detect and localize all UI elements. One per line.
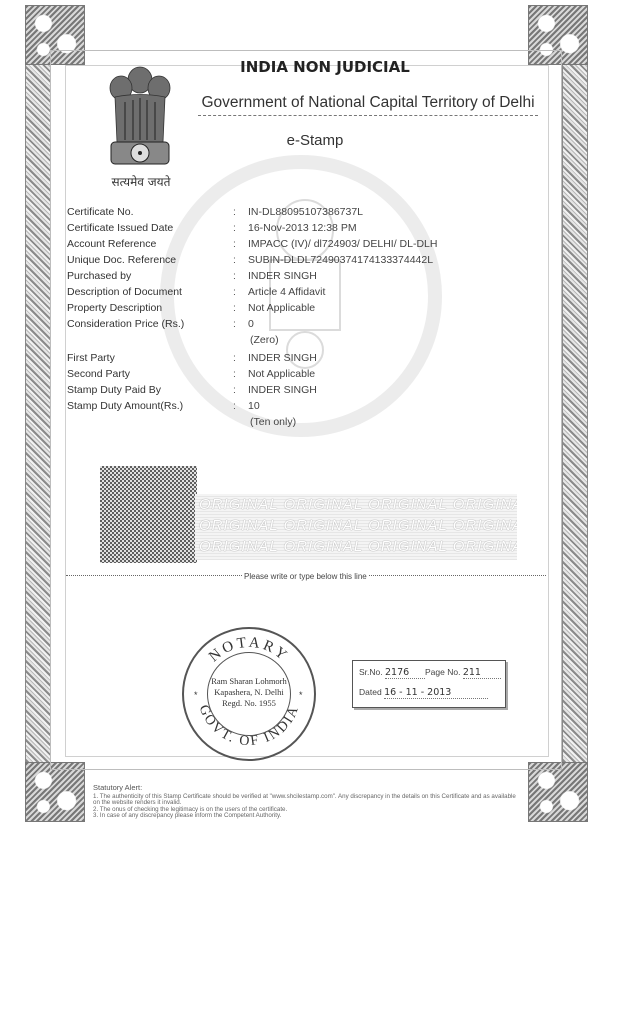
- field-separator: :: [233, 284, 236, 300]
- field-value: INDER SINGH: [248, 268, 317, 284]
- field-account-reference: Account Reference : IMPACC (IV)/ dl72490…: [67, 236, 507, 252]
- field-separator: :: [233, 316, 236, 332]
- field-value: INDER SINGH: [248, 382, 317, 398]
- original-band-line: ORIGINAL ORIGINAL ORIGINAL ORIGINAL: [195, 536, 517, 557]
- field-value: 0: [248, 316, 254, 332]
- field-label: Certificate Issued Date: [67, 220, 173, 236]
- field-certificate-no: Certificate No. : IN-DL88095107386737L: [67, 204, 507, 220]
- dated-label: Dated: [359, 687, 382, 697]
- national-motto: सत्यमेव जयते: [105, 173, 177, 190]
- field-separator: :: [233, 268, 236, 284]
- field-separator: :: [233, 252, 236, 268]
- qr-code-icon: [100, 466, 197, 563]
- amount-in-words: (Ten only): [250, 416, 296, 428]
- field-label: Consideration Price (Rs.): [67, 316, 184, 332]
- statutory-alert: Statutory Alert: 1. The authenticity of …: [93, 785, 523, 820]
- serial-value: 2176: [385, 667, 425, 679]
- field-separator: :: [233, 300, 236, 316]
- field-label: First Party: [67, 350, 115, 366]
- field-property-description: Property Description : Not Applicable: [67, 300, 507, 316]
- field-first-party: First Party : INDER SINGH: [67, 350, 507, 366]
- statutory-alert-title: Statutory Alert:: [93, 785, 523, 792]
- register-serial-row: Sr.No. 2176Page No. 211: [359, 667, 501, 679]
- field-value: Not Applicable: [248, 300, 315, 316]
- field-separator: :: [233, 382, 236, 398]
- field-label: Purchased by: [67, 268, 131, 284]
- field-consideration-price: Consideration Price (Rs.) : 0: [67, 316, 507, 332]
- page-value: 211: [463, 667, 501, 679]
- field-value: Article 4 Affidavit: [248, 284, 325, 300]
- certificate-details: Certificate No. : IN-DL88095107386737L C…: [67, 204, 507, 332]
- field-label: Property Description: [67, 300, 162, 316]
- field-separator: :: [233, 236, 236, 252]
- ashoka-emblem-icon: [105, 62, 175, 172]
- register-date-row: Dated 16 - 11 - 2013: [359, 687, 488, 699]
- party-details: First Party : INDER SINGH Second Party :…: [67, 350, 507, 414]
- original-band-line: ORIGINAL ORIGINAL ORIGINAL ORIGINAL: [195, 515, 517, 536]
- field-label: Account Reference: [67, 236, 156, 252]
- write-below-label: Please write or type below this line: [242, 572, 369, 581]
- floral-corner-icon: [528, 762, 588, 822]
- field-value: 16-Nov-2013 12:38 PM: [248, 220, 357, 236]
- stamp-type: e-Stamp: [260, 132, 370, 149]
- field-label: Certificate No.: [67, 204, 134, 220]
- statutory-alert-item: 1. The authenticity of this Stamp Certif…: [93, 794, 523, 807]
- field-value: 10: [248, 398, 260, 414]
- consideration-in-words: (Zero): [250, 334, 279, 346]
- notary-name: Ram Sharan Lohmorh: [196, 676, 302, 687]
- ornamental-border-left: [25, 5, 51, 822]
- field-description-of-document: Description of Document : Article 4 Affi…: [67, 284, 507, 300]
- field-separator: :: [233, 350, 236, 366]
- field-label: Description of Document: [67, 284, 182, 300]
- issuing-government: Government of National Capital Territory…: [198, 94, 538, 116]
- field-value: Not Applicable: [248, 366, 315, 382]
- field-issued-date: Certificate Issued Date : 16-Nov-2013 12…: [67, 220, 507, 236]
- notary-place: Kapashera, N. Delhi: [196, 687, 302, 698]
- field-value: IN-DL88095107386737L: [248, 204, 363, 220]
- floral-corner-icon: [25, 762, 85, 822]
- field-label: Unique Doc. Reference: [67, 252, 176, 268]
- field-separator: :: [233, 204, 236, 220]
- serial-label: Sr.No.: [359, 667, 383, 677]
- page-label: Page No.: [425, 667, 460, 677]
- document-title: INDIA NON JUDICIAL: [200, 58, 450, 76]
- field-purchased-by: Purchased by : INDER SINGH: [67, 268, 507, 284]
- field-separator: :: [233, 366, 236, 382]
- statutory-alert-item: 3. In case of any discrepancy please inf…: [93, 813, 523, 820]
- field-separator: :: [233, 220, 236, 236]
- field-label: Second Party: [67, 366, 130, 382]
- field-stamp-duty-paid-by: Stamp Duty Paid By : INDER SINGH: [67, 382, 507, 398]
- original-band-line: ORIGINAL ORIGINAL ORIGINAL ORIGINAL: [195, 494, 517, 515]
- notary-register-stamp: Sr.No. 2176Page No. 211 Dated 16 - 11 - …: [352, 660, 506, 708]
- field-label: Stamp Duty Paid By: [67, 382, 161, 398]
- notary-registration: Regd. No. 1955: [196, 698, 302, 709]
- field-separator: :: [233, 398, 236, 414]
- field-unique-doc-reference: Unique Doc. Reference : SUBIN-DLDL724903…: [67, 252, 507, 268]
- notary-details: Ram Sharan Lohmorh Kapashera, N. Delhi R…: [196, 676, 302, 709]
- field-stamp-duty-amount: Stamp Duty Amount(Rs.) : 10: [67, 398, 507, 414]
- field-value: IMPACC (IV)/ dl724903/ DELHI/ DL-DLH: [248, 236, 437, 252]
- dated-value: 16 - 11 - 2013: [384, 687, 488, 699]
- ornamental-border-right: [562, 5, 588, 822]
- field-value: SUBIN-DLDL72490374174133374442L: [248, 252, 433, 268]
- field-label: Stamp Duty Amount(Rs.): [67, 398, 183, 414]
- field-second-party: Second Party : Not Applicable: [67, 366, 507, 382]
- original-security-band: ORIGINAL ORIGINAL ORIGINAL ORIGINAL ORIG…: [195, 494, 517, 560]
- field-value: INDER SINGH: [248, 350, 317, 366]
